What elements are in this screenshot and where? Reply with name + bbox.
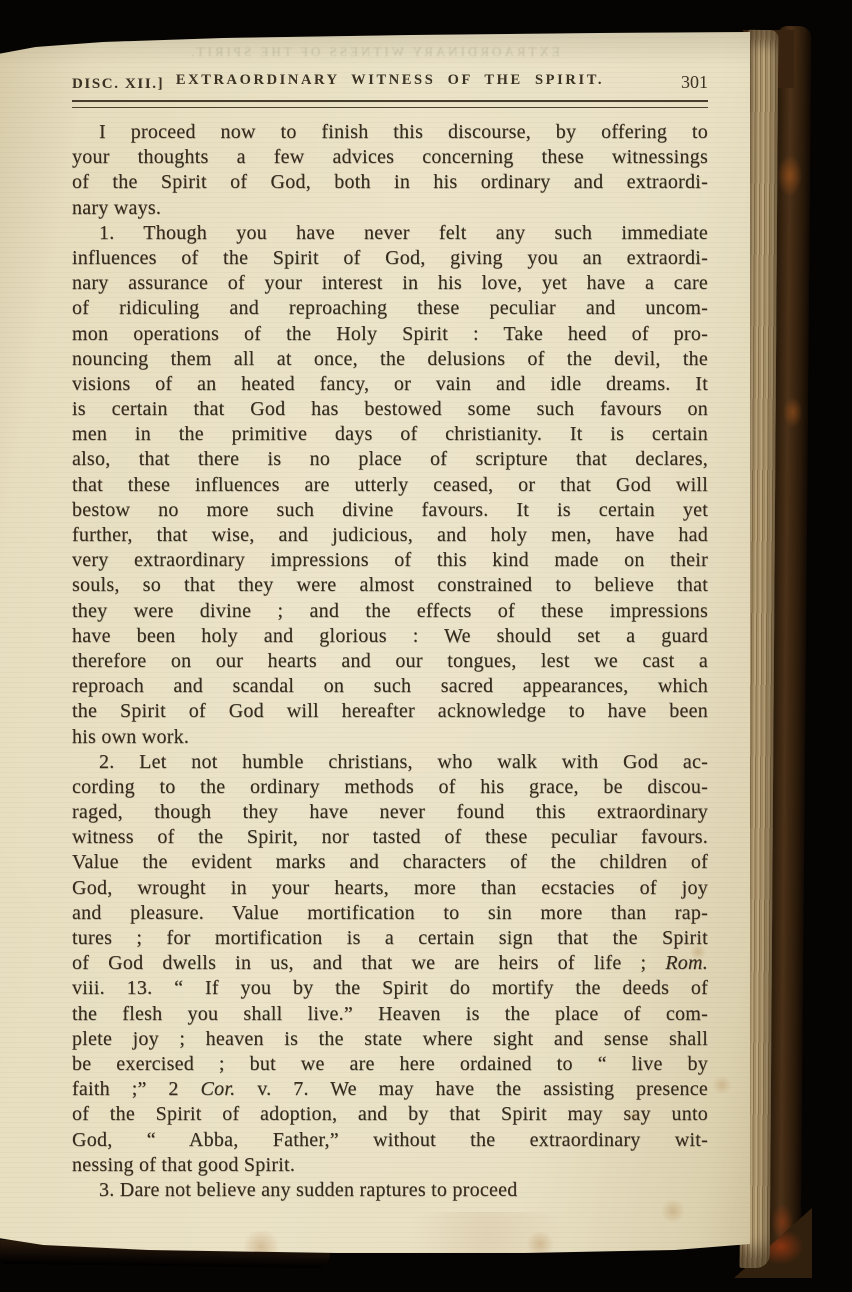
paragraph: I proceed now to finish this discourse, …	[72, 120, 708, 221]
text-line: I proceed now to finish this discourse, …	[72, 120, 708, 145]
text-line: of the Spirit of adoption, and by that S…	[72, 1102, 708, 1127]
text-line: have been holy and glorious : We should …	[72, 624, 708, 649]
body-text: I proceed now to finish this discourse, …	[72, 120, 708, 1203]
text-line: tures ; for mortification is a certain s…	[72, 926, 708, 951]
text-line: souls, so that they were almost constrai…	[72, 573, 708, 598]
showthrough-text: EXTRAORDINARY WITNESS OF THE SPIRIT.	[0, 44, 750, 60]
text-line: cording to the ordinary methods of his g…	[72, 775, 708, 800]
text-line: witness of the Spirit, nor tasted of the…	[72, 825, 708, 850]
text-line: the flesh you shall live.” Heaven is the…	[72, 1002, 708, 1027]
paragraph: 3. Dare not believe any sudden raptures …	[72, 1178, 708, 1203]
foxing-stain	[523, 1232, 557, 1256]
page-title: EXTRAORDINARY WITNESS OF THE SPIRIT.	[72, 72, 708, 89]
text-line: nary ways.	[72, 196, 708, 221]
text-line: nary assurance of your interest in his l…	[72, 271, 708, 296]
text-line: plete joy ; heaven is the state where si…	[72, 1027, 708, 1052]
text-line: God, wrought in your hearts, more than e…	[72, 876, 708, 901]
text-line: viii. 13. “ If you by the Spirit do mort…	[72, 976, 708, 1001]
text-line: visions of an heated fancy, or vain and …	[72, 372, 708, 397]
text-line: Value the evident marks and characters o…	[72, 850, 708, 875]
text-line: of the Spirit of God, both in his ordina…	[72, 170, 708, 195]
text-line: your thoughts a few advices concerning t…	[72, 145, 708, 170]
text-line: reproach and scandal on such sacred appe…	[72, 674, 708, 699]
text-line: God, “ Abba, Father,” without the extrao…	[72, 1128, 708, 1153]
text-line: raged, though they have never found this…	[72, 800, 708, 825]
text-line: nessing of that good Spirit.	[72, 1153, 708, 1178]
text-line: his own work.	[72, 725, 708, 750]
text-line: influences of the Spirit of God, giving …	[72, 246, 708, 271]
foxing-stain	[378, 1212, 598, 1258]
text-line: men in the primitive days of christianit…	[72, 422, 708, 447]
text-line: nouncing them all at once, the delusions…	[72, 347, 708, 372]
text-line: 1. Though you have never felt any such i…	[72, 221, 708, 246]
double-rule	[72, 100, 708, 108]
text-line: is certain that God has bestowed some su…	[72, 397, 708, 422]
paragraph: 2. Let not humble christians, who walk w…	[72, 750, 708, 1178]
text-line: that these influences are utterly ceased…	[72, 473, 708, 498]
text-line: faith ;” 2 Cor. v. 7. We may have the as…	[72, 1077, 708, 1102]
paragraph: 1. Though you have never felt any such i…	[72, 221, 708, 750]
text-line: mon operations of the Holy Spirit : Take…	[72, 322, 708, 347]
book-page: EXTRAORDINARY WITNESS OF THE SPIRIT. DIS…	[0, 32, 750, 1258]
text-line: further, that wise, and judicious, and h…	[72, 523, 708, 548]
book-photo: EXTRAORDINARY WITNESS OF THE SPIRIT. DIS…	[0, 0, 852, 1292]
text-line: very extraordinary impressions of this k…	[72, 548, 708, 573]
printed-area: DISC. XII.] EXTRAORDINARY WITNESS OF THE…	[72, 72, 708, 1203]
text-line: the Spirit of God will hereafter acknowl…	[72, 699, 708, 724]
text-line: bestow no more such divine favours. It i…	[72, 498, 708, 523]
text-line: 3. Dare not believe any sudden raptures …	[72, 1178, 708, 1203]
text-line: they were divine ; and the effects of th…	[72, 599, 708, 624]
text-line: and pleasure. Value mortification to sin…	[72, 901, 708, 926]
text-line: of God dwells in us, and that we are hei…	[72, 951, 708, 976]
foxing-stain	[710, 1076, 734, 1094]
text-line: be exercised ; but we are here ordained …	[72, 1052, 708, 1077]
text-line: therefore on our hearts and our tongues,…	[72, 649, 708, 674]
text-line: also, that there is no place of scriptur…	[72, 447, 708, 472]
text-line: of ridiculing and reproaching these pecu…	[72, 296, 708, 321]
running-head: DISC. XII.] EXTRAORDINARY WITNESS OF THE…	[72, 72, 708, 98]
text-line: 2. Let not humble christians, who walk w…	[72, 750, 708, 775]
foxing-stain	[658, 1200, 688, 1222]
